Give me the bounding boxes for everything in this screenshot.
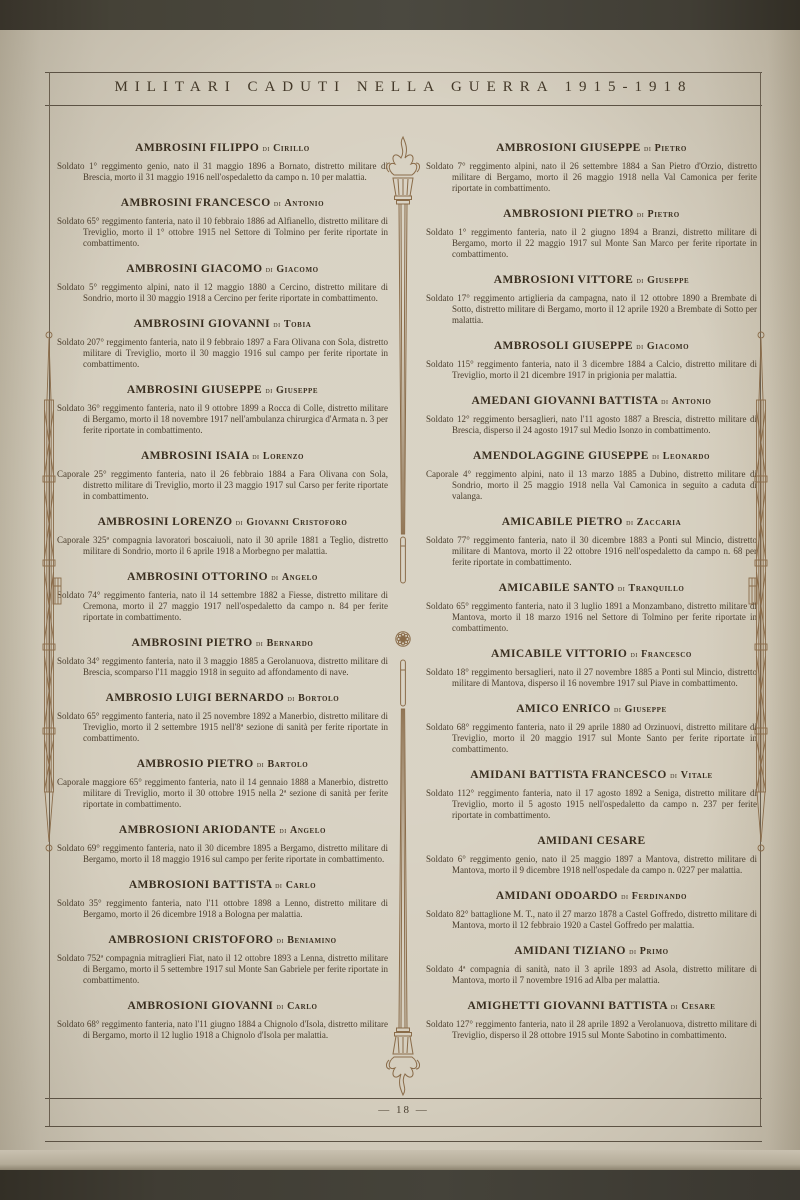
soldier-name-heading: AMBROSIONI GIUSEPPE di Pietro	[426, 142, 757, 154]
heading-di: di	[273, 319, 280, 329]
soldier-name-heading: AMIDANI ODOARDO di Ferdinando	[426, 890, 757, 902]
heading-di: di	[626, 517, 633, 527]
father-name: Giacomo	[647, 341, 689, 352]
soldier-entry-left-4: AMBROSINI GIOVANNI di TobiaSoldato 207° …	[57, 318, 388, 370]
soldier-record-text: Soldato 69° reggimento fanteria, nato il…	[57, 843, 388, 865]
heading-di: di	[274, 198, 281, 208]
soldier-record-text: Soldato 65° reggimento fanteria, nato il…	[426, 601, 757, 634]
soldier-name: AMBROSINI PIETRO	[132, 637, 253, 649]
upright-torch-icon	[381, 134, 425, 606]
father-name: Cesare	[681, 1001, 715, 1012]
father-name: Vitale	[681, 770, 713, 781]
soldier-entry-right-1: AMBROSIONI GIUSEPPE di PietroSoldato 7° …	[426, 142, 757, 194]
soldier-name-heading: AMBROSINI PIETRO di Bernardo	[57, 637, 388, 649]
heading-di: di	[276, 1001, 283, 1011]
soldier-record-text: Caporale maggiore 65° reggimento fanteri…	[57, 777, 388, 810]
soldier-record-text: Caporale 4° reggimento alpini, nato il 1…	[426, 469, 757, 502]
soldier-name: AMBROSIO LUIGI BERNARDO	[106, 692, 285, 704]
father-name: Leonardo	[663, 451, 710, 462]
rosette-icon	[394, 630, 412, 648]
page-edge	[0, 1150, 800, 1170]
soldier-record-text: Soldato 12° reggimento bersaglieri, nato…	[426, 414, 757, 436]
soldier-entry-left-5: AMBROSINI GIUSEPPE di GiuseppeSoldato 36…	[57, 384, 388, 436]
soldier-name: AMBROSIONI BATTISTA	[129, 879, 272, 891]
soldier-entry-left-11: AMBROSIO PIETRO di BartoloCaporale maggi…	[57, 758, 388, 810]
soldier-record-text: Soldato 68° reggimento fanteria, nato l'…	[57, 1019, 388, 1041]
soldier-entry-left-8: AMBROSINI OTTORINO di AngeloSoldato 74° …	[57, 571, 388, 623]
heading-di: di	[629, 946, 636, 956]
father-name: Beniamino	[287, 935, 336, 946]
soldier-name: AMBROSOLI GIUSEPPE	[494, 340, 633, 352]
heading-di: di	[652, 451, 659, 461]
soldier-name: AMENDOLAGGINE GIUSEPPE	[473, 450, 649, 462]
soldier-name: AMBROSIONI ARIODANTE	[119, 824, 276, 836]
frame-rule-bottom	[45, 1141, 762, 1142]
soldier-record-text: Soldato 7° reggimento alpini, nato il 26…	[426, 161, 757, 194]
soldier-name-heading: AMBROSINI GIACOMO di Giacomo	[57, 263, 388, 275]
soldier-name: AMIDANI CESARE	[537, 835, 645, 847]
father-name: Francesco	[641, 649, 692, 660]
heading-di: di	[252, 451, 259, 461]
soldier-name-heading: AMBROSIO LUIGI BERNARDO di Bortolo	[57, 692, 388, 704]
heading-di: di	[636, 341, 643, 351]
soldier-entry-left-12: AMBROSIONI ARIODANTE di AngeloSoldato 69…	[57, 824, 388, 865]
soldier-record-text: Soldato 112° reggimento fanteria, nato i…	[426, 788, 757, 821]
soldier-name: AMIDANI TIZIANO	[514, 945, 626, 957]
heading-di: di	[266, 264, 273, 274]
soldier-name-heading: AMICABILE PIETRO di Zaccaria	[426, 516, 757, 528]
soldier-name: AMBROSINI GIACOMO	[126, 263, 262, 275]
soldier-entry-right-5: AMEDANI GIOVANNI BATTISTA di AntonioSold…	[426, 395, 757, 436]
soldier-name: AMBROSIONI GIOVANNI	[127, 1000, 273, 1012]
soldier-name-heading: AMIGHETTI GIOVANNI BATTISTA di Cesare	[426, 1000, 757, 1012]
soldier-name: AMICABILE SANTO	[499, 582, 615, 594]
soldier-name: AMBROSINI LORENZO	[98, 516, 233, 528]
soldier-record-text: Soldato 5° reggimento alpini, nato il 12…	[57, 282, 388, 304]
father-name: Angelo	[282, 572, 318, 583]
soldier-entry-left-1: AMBROSINI FILIPPO di CirilloSoldato 1° r…	[57, 142, 388, 183]
heading-di: di	[671, 1001, 678, 1011]
soldier-name-heading: AMBROSIONI GIOVANNI di Carlo	[57, 1000, 388, 1012]
soldier-name: AMBROSIONI GIUSEPPE	[496, 142, 641, 154]
soldier-entry-right-2: AMBROSIONI PIETRO di PietroSoldato 1° re…	[426, 208, 757, 260]
soldier-name-heading: AMBROSINI FILIPPO di Cirillo	[57, 142, 388, 154]
father-name: Ferdinando	[632, 891, 687, 902]
fasces-column-icon	[38, 330, 62, 860]
heading-di: di	[279, 825, 286, 835]
soldier-entry-right-8: AMICABILE SANTO di TranquilloSoldato 65°…	[426, 582, 757, 634]
soldier-entry-right-12: AMIDANI CESARESoldato 6° reggimento geni…	[426, 835, 757, 876]
father-name: Giuseppe	[276, 385, 318, 396]
father-name: Zaccaria	[637, 517, 682, 528]
father-name: Carlo	[286, 880, 316, 891]
father-name: Giuseppe	[625, 704, 667, 715]
father-name: Bortolo	[298, 693, 339, 704]
soldier-name: AMBROSINI GIOVANNI	[134, 318, 270, 330]
soldier-name-heading: AMBROSINI LORENZO di Giovanni Cristoforo	[57, 516, 388, 528]
soldier-name-heading: AMBROSIONI ARIODANTE di Angelo	[57, 824, 388, 836]
father-name: Giuseppe	[647, 275, 689, 286]
soldier-record-text: Soldato 65° reggimento fanteria, nato il…	[57, 711, 388, 744]
left-column: AMBROSINI FILIPPO di CirilloSoldato 1° r…	[57, 128, 388, 1054]
soldier-name: AMICO ENRICO	[516, 703, 611, 715]
soldier-name: AMBROSINI OTTORINO	[127, 571, 268, 583]
father-name: Pietro	[648, 209, 680, 220]
soldier-record-text: Soldato 6° reggimento genio, nato il 25 …	[426, 854, 757, 876]
soldier-entry-right-4: AMBROSOLI GIUSEPPE di GiacomoSoldato 115…	[426, 340, 757, 381]
soldier-record-text: Soldato 68° reggimento fanteria, nato il…	[426, 722, 757, 755]
soldier-name-heading: AMIDANI BATTISTA FRANCESCO di Vitale	[426, 769, 757, 781]
soldier-name-heading: AMBROSIONI PIETRO di Pietro	[426, 208, 757, 220]
heading-di: di	[236, 517, 243, 527]
soldier-name: AMBROSIO PIETRO	[137, 758, 254, 770]
frame-rule-above-pagenum	[45, 1098, 762, 1099]
soldier-name-heading: AMBROSIONI VITTORE di Giuseppe	[426, 274, 757, 286]
soldier-name-heading: AMBROSIONI CRISTOFORO di Beniamino	[57, 934, 388, 946]
heading-di: di	[636, 275, 643, 285]
soldier-name-heading: AMIDANI CESARE	[426, 835, 757, 847]
soldier-name: AMBROSINI FRANCESCO	[121, 197, 271, 209]
soldier-name: AMBROSINI ISAIA	[141, 450, 249, 462]
soldier-name-heading: AMIDANI TIZIANO di Primo	[426, 945, 757, 957]
soldier-record-text: Soldato 4ª compagnia di sanità, nato il …	[426, 964, 757, 986]
soldier-entry-left-15: AMBROSIONI GIOVANNI di CarloSoldato 68° …	[57, 1000, 388, 1041]
heading-di: di	[265, 385, 272, 395]
soldier-entry-left-7: AMBROSINI LORENZO di Giovanni Cristoforo…	[57, 516, 388, 557]
father-name: Lorenzo	[263, 451, 304, 462]
heading-di: di	[271, 572, 278, 582]
soldier-record-text: Caporale 325ª compagnia lavoratori bosca…	[57, 535, 388, 557]
soldier-name-heading: AMBROSINI OTTORINO di Angelo	[57, 571, 388, 583]
father-name: Angelo	[290, 825, 326, 836]
soldier-name: AMICABILE PIETRO	[502, 516, 623, 528]
soldier-record-text: Soldato 127° reggimento fanteria, nato i…	[426, 1019, 757, 1041]
soldier-entry-right-6: AMENDOLAGGINE GIUSEPPE di LeonardoCapora…	[426, 450, 757, 502]
soldier-name-heading: AMBROSINI FRANCESCO di Antonio	[57, 197, 388, 209]
soldier-record-text: Soldato 18° reggimento bersaglieri, nato…	[426, 667, 757, 689]
soldier-name-heading: AMICABILE VITTORIO di Francesco	[426, 648, 757, 660]
frame-rule-below-pagenum	[45, 1126, 762, 1127]
soldier-record-text: Soldato 35° reggimento fanteria, nato l'…	[57, 898, 388, 920]
heading-di: di	[618, 583, 625, 593]
soldier-entry-right-9: AMICABILE VITTORIO di FrancescoSoldato 1…	[426, 648, 757, 689]
father-name: Giovanni Cristoforo	[246, 517, 347, 528]
heading-di: di	[287, 693, 294, 703]
soldier-entry-right-10: AMICO ENRICO di GiuseppeSoldato 68° regg…	[426, 703, 757, 755]
soldier-entry-right-15: AMIGHETTI GIOVANNI BATTISTA di CesareSol…	[426, 1000, 757, 1041]
soldier-record-text: Soldato 34° reggimento fanteria, nato il…	[57, 656, 388, 678]
heading-di: di	[275, 880, 282, 890]
heading-di: di	[670, 770, 677, 780]
fasces-column-icon	[748, 330, 772, 860]
father-name: Giacomo	[276, 264, 318, 275]
father-name: Primo	[640, 946, 669, 957]
soldier-entry-left-3: AMBROSINI GIACOMO di GiacomoSoldato 5° r…	[57, 263, 388, 304]
soldier-record-text: Soldato 65° reggimento fanteria, nato il…	[57, 216, 388, 249]
soldier-name-heading: AMENDOLAGGINE GIUSEPPE di Leonardo	[426, 450, 757, 462]
heading-di: di	[621, 891, 628, 901]
soldier-record-text: Soldato 82° battaglione M. T., nato il 2…	[426, 909, 757, 931]
soldier-name: AMBROSIONI CRISTOFORO	[108, 934, 273, 946]
heading-di: di	[257, 759, 264, 769]
father-name: Antonio	[284, 198, 324, 209]
page-title: MILITARI CADUTI NELLA GUERRA 1915-1918	[45, 79, 762, 96]
soldier-name: AMBROSINI GIUSEPPE	[127, 384, 262, 396]
soldier-name: AMIDANI ODOARDO	[496, 890, 618, 902]
father-name: Bernardo	[267, 638, 314, 649]
father-name: Antonio	[672, 396, 712, 407]
father-name: Cirillo	[273, 143, 310, 154]
father-name: Pietro	[655, 143, 687, 154]
soldier-name-heading: AMBROSINI GIOVANNI di Tobia	[57, 318, 388, 330]
frame-rule-top	[45, 72, 762, 73]
father-name: Tranquillo	[629, 583, 685, 594]
soldier-name-heading: AMBROSIO PIETRO di Bartolo	[57, 758, 388, 770]
soldier-name: AMEDANI GIOVANNI BATTISTA	[472, 395, 658, 407]
soldier-name: AMICABILE VITTORIO	[491, 648, 627, 660]
soldier-entry-left-2: AMBROSINI FRANCESCO di AntonioSoldato 65…	[57, 197, 388, 249]
soldier-entry-left-14: AMBROSIONI CRISTOFORO di BeniaminoSoldat…	[57, 934, 388, 986]
soldier-name-heading: AMEDANI GIOVANNI BATTISTA di Antonio	[426, 395, 757, 407]
right-column: AMBROSIONI GIUSEPPE di PietroSoldato 7° …	[426, 128, 757, 1054]
soldier-entry-left-13: AMBROSIONI BATTISTA di CarloSoldato 35° …	[57, 879, 388, 920]
soldier-record-text: Soldato 77° reggimento fanteria, nato il…	[426, 535, 757, 568]
soldier-entry-left-9: AMBROSINI PIETRO di BernardoSoldato 34° …	[57, 637, 388, 678]
soldier-name-heading: AMBROSINI GIUSEPPE di Giuseppe	[57, 384, 388, 396]
heading-di: di	[644, 143, 651, 153]
soldier-record-text: Soldato 17° reggimento artiglieria da ca…	[426, 293, 757, 326]
heading-di: di	[277, 935, 284, 945]
soldier-record-text: Soldato 1° reggimento fanteria, nato il …	[426, 227, 757, 260]
father-name: Bartolo	[267, 759, 308, 770]
soldier-record-text: Soldato 752ª compagnia mitraglieri Fiat,…	[57, 953, 388, 986]
soldier-entry-left-10: AMBROSIO LUIGI BERNARDO di BortoloSoldat…	[57, 692, 388, 744]
frame-rule-under-title	[45, 105, 762, 106]
soldier-name: AMIDANI BATTISTA FRANCESCO	[470, 769, 667, 781]
inverted-torch-icon	[381, 656, 425, 1098]
soldier-name-heading: AMICO ENRICO di Giuseppe	[426, 703, 757, 715]
soldier-name-heading: AMBROSINI ISAIA di Lorenzo	[57, 450, 388, 462]
heading-di: di	[631, 649, 638, 659]
soldier-name-heading: AMICABILE SANTO di Tranquillo	[426, 582, 757, 594]
heading-di: di	[661, 396, 668, 406]
soldier-entry-right-7: AMICABILE PIETRO di ZaccariaSoldato 77° …	[426, 516, 757, 568]
soldier-record-text: Soldato 74° reggimento fanteria, nato il…	[57, 590, 388, 623]
soldier-name: AMIGHETTI GIOVANNI BATTISTA	[467, 1000, 667, 1012]
soldier-record-text: Caporale 25° reggimento fanteria, nato i…	[57, 469, 388, 502]
father-name: Carlo	[287, 1001, 317, 1012]
soldier-entry-right-14: AMIDANI TIZIANO di PrimoSoldato 4ª compa…	[426, 945, 757, 986]
soldier-name: AMBROSINI FILIPPO	[135, 142, 259, 154]
soldier-record-text: Soldato 1° reggimento genio, nato il 31 …	[57, 161, 388, 183]
heading-di: di	[614, 704, 621, 714]
soldier-entry-left-6: AMBROSINI ISAIA di LorenzoCaporale 25° r…	[57, 450, 388, 502]
soldier-record-text: Soldato 115° reggimento fanteria, nato i…	[426, 359, 757, 381]
photo-background-bottom	[0, 1170, 800, 1200]
soldier-entry-right-11: AMIDANI BATTISTA FRANCESCO di VitaleSold…	[426, 769, 757, 821]
soldier-entry-right-3: AMBROSIONI VITTORE di GiuseppeSoldato 17…	[426, 274, 757, 326]
heading-di: di	[637, 209, 644, 219]
heading-di: di	[262, 143, 269, 153]
soldier-name: AMBROSIONI VITTORE	[494, 274, 633, 286]
heading-di: di	[256, 638, 263, 648]
page-number: — 18 —	[45, 1104, 762, 1116]
soldier-name: AMBROSIONI PIETRO	[503, 208, 633, 220]
father-name: Tobia	[284, 319, 312, 330]
photo-background-top	[0, 0, 800, 30]
soldier-name-heading: AMBROSIONI BATTISTA di Carlo	[57, 879, 388, 891]
soldier-name-heading: AMBROSOLI GIUSEPPE di Giacomo	[426, 340, 757, 352]
soldier-record-text: Soldato 207° reggimento fanteria, nato i…	[57, 337, 388, 370]
soldier-record-text: Soldato 36° reggimento fanteria, nato il…	[57, 403, 388, 436]
soldier-entry-right-13: AMIDANI ODOARDO di FerdinandoSoldato 82°…	[426, 890, 757, 931]
